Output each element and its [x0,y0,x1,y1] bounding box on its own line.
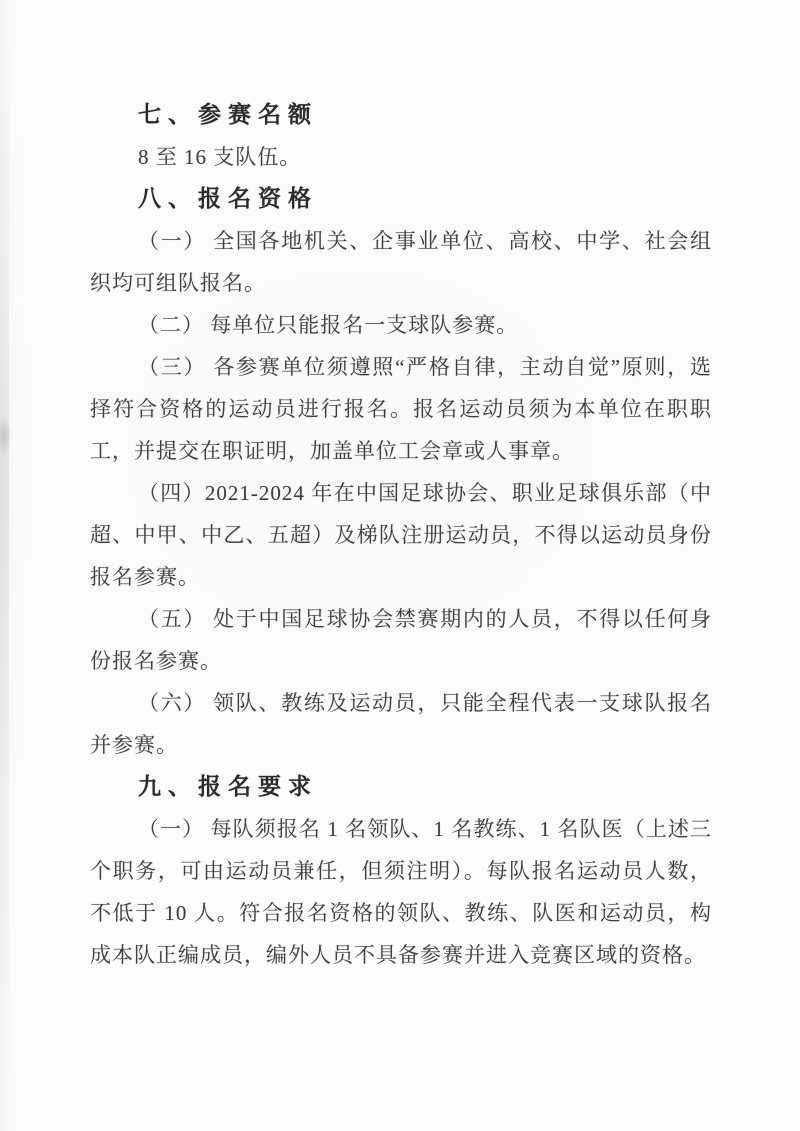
heading-registration-requirements: 九、报名要求 [90,766,712,808]
scan-smudge [0,415,12,457]
heading-registration-eligibility: 八、报名资格 [90,178,712,220]
para-eligibility-6: （六） 领队、教练及运动员，只能全程代表一支球队报名并参赛。 [90,682,712,766]
para-eligibility-4: （四）2021-2024 年在中国足球协会、职业足球俱乐部（中超、中甲、中乙、五… [90,472,712,598]
page-edge-shadow [0,0,9,1131]
para-eligibility-3: （三） 各参赛单位须遵照“严格自律，主动自觉”原则，选择符合资格的运动员进行报名… [90,346,712,472]
para-eligibility-1: （一） 全国各地机关、企事业单位、高校、中学、社会组织均可组队报名。 [90,220,712,304]
heading-participation-quota: 七、参赛名额 [90,94,712,136]
para-eligibility-2: （二） 每单位只能报名一支球队参赛。 [90,304,712,346]
para-eligibility-5: （五） 处于中国足球协会禁赛期内的人员，不得以任何身份报名参赛。 [90,598,712,682]
document-page: 七、参赛名额 8 至 16 支队伍。 八、报名资格 （一） 全国各地机关、企事业… [0,0,800,1131]
para-team-count: 8 至 16 支队伍。 [90,136,712,178]
para-requirements-1: （一） 每队须报名 1 名领队、1 名教练、1 名队医（上述三个职务，可由运动员… [90,808,712,976]
